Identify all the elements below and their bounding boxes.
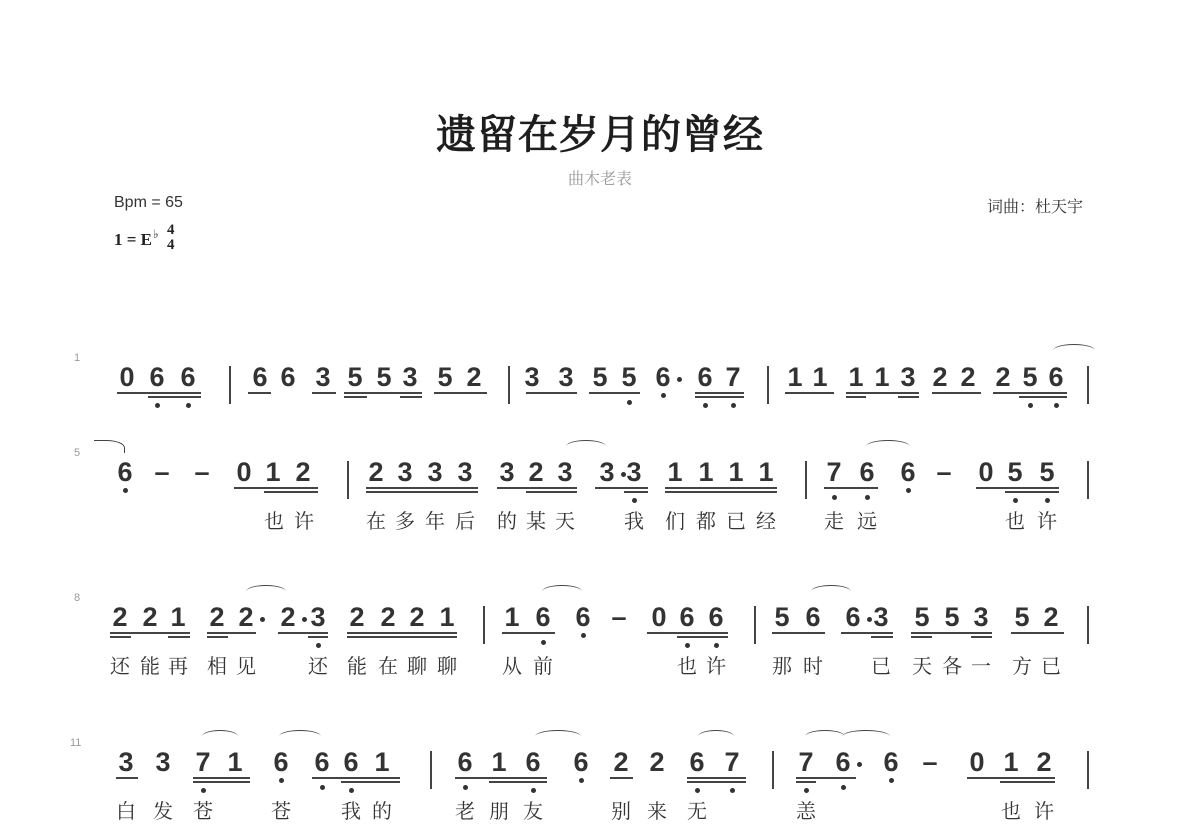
lyric-char: 能 (137, 650, 163, 679)
beam-underline (677, 636, 728, 638)
note: 6 (695, 362, 715, 392)
lyric-char: 已 (1038, 650, 1064, 679)
lyric-char: 从 (499, 650, 525, 679)
low-octave-dot (731, 403, 736, 408)
slur-tie (279, 730, 321, 743)
beam-underline (347, 632, 457, 634)
note: 6 (341, 747, 361, 777)
barline (1087, 751, 1089, 789)
lyric-char: 别 (608, 795, 634, 824)
note: 1 (263, 457, 283, 487)
lyric-char: 年 (422, 505, 448, 534)
note: 3 (400, 362, 420, 392)
low-octave-dot (1013, 498, 1018, 503)
beam-underline (366, 487, 478, 489)
note: 2 (110, 602, 130, 632)
beam-underline (366, 491, 478, 493)
note: 5 (942, 602, 962, 632)
note: 0 (976, 457, 996, 487)
lyric-char: 发 (150, 795, 176, 824)
lyric-char: 苍 (190, 795, 216, 824)
lyric-char: 聊 (404, 650, 430, 679)
augmentation-dot (857, 762, 862, 767)
beam-underline (932, 392, 981, 394)
beam-underline (234, 487, 318, 489)
slur-tie (811, 585, 851, 598)
beam-underline (434, 392, 487, 394)
low-octave-dot (841, 785, 846, 790)
slur-tie (842, 730, 890, 743)
note: 5 (772, 602, 792, 632)
low-octave-dot (906, 488, 911, 493)
note: 2 (207, 602, 227, 632)
note: 6 (250, 362, 270, 392)
lyric-char: 们 (662, 505, 688, 534)
low-octave-dot (186, 403, 191, 408)
beam-underline (497, 487, 577, 489)
beam-underline (455, 777, 547, 779)
note: 6 (803, 602, 823, 632)
lyric-char: 远 (854, 505, 880, 534)
lyric-char: 各 (939, 650, 965, 679)
beam-underline (312, 777, 400, 779)
beam-underline (647, 632, 728, 634)
beam-underline (976, 487, 1059, 489)
note: – (934, 457, 954, 487)
lyric-char: 许 (703, 650, 729, 679)
low-octave-dot (685, 643, 690, 648)
note: 6 (571, 747, 591, 777)
note: 1 (726, 457, 746, 487)
beam-underline (911, 632, 992, 634)
note: 1 (785, 362, 805, 392)
beam-underline (687, 781, 746, 783)
note: 1 (696, 457, 716, 487)
beam-underline (116, 777, 138, 779)
slur-tie (1053, 344, 1095, 357)
beam-underline (911, 636, 932, 638)
beam-underline (341, 781, 400, 783)
lyric-char: 都 (693, 505, 719, 534)
note: 3 (556, 362, 576, 392)
slur-tie (805, 730, 845, 743)
low-octave-dot (703, 403, 708, 408)
beam-underline (344, 392, 422, 394)
note: 3 (395, 457, 415, 487)
lyric-char: 许 (1034, 505, 1060, 534)
beam-underline (665, 487, 777, 489)
beam-underline (610, 777, 633, 779)
note: – (609, 602, 629, 632)
measure-number: 8 (74, 592, 80, 604)
note: 6 (687, 747, 707, 777)
jianpu-score: 1066663553523355667111132225656––0122333… (0, 0, 1200, 832)
beam-underline (796, 781, 816, 783)
note: 6 (857, 457, 877, 487)
lyric-char: 那 (769, 650, 795, 679)
note: 2 (140, 602, 160, 632)
lyric-char: 在 (363, 505, 389, 534)
note: 5 (345, 362, 365, 392)
augmentation-dot (302, 617, 307, 622)
note: 6 (843, 602, 863, 632)
beam-underline (1000, 781, 1055, 783)
note: 2 (647, 747, 667, 777)
beam-underline (846, 392, 919, 394)
note: 2 (378, 602, 398, 632)
slur-tie (535, 730, 581, 743)
note: 6 (312, 747, 332, 777)
lyric-char: 老 (452, 795, 478, 824)
barline (805, 461, 807, 499)
lyric-char: 的 (369, 795, 395, 824)
lyric-char: 恙 (793, 795, 819, 824)
note: 5 (912, 602, 932, 632)
low-octave-dot (279, 778, 284, 783)
lyric-char: 在 (375, 650, 401, 679)
beam-underline (148, 396, 201, 398)
note: 0 (967, 747, 987, 777)
beam-underline (278, 632, 328, 634)
beam-underline (526, 491, 577, 493)
note: 7 (722, 747, 742, 777)
barline (1087, 606, 1089, 644)
low-octave-dot (581, 633, 586, 638)
lyric-char: 聊 (434, 650, 460, 679)
note: 2 (526, 457, 546, 487)
barline (229, 366, 231, 404)
beam-underline (772, 632, 825, 634)
barline (772, 751, 774, 789)
beam-underline (344, 396, 367, 398)
low-octave-dot (1028, 403, 1033, 408)
note: 1 (1001, 747, 1021, 777)
beam-underline (665, 491, 777, 493)
note: 7 (193, 747, 213, 777)
note: 6 (706, 602, 726, 632)
barline (430, 751, 432, 789)
beam-underline (400, 396, 422, 398)
note: 3 (313, 362, 333, 392)
beam-underline (264, 491, 318, 493)
low-octave-dot (730, 788, 735, 793)
lyric-char: 走 (821, 505, 847, 534)
measure-number: 5 (74, 447, 80, 459)
lyric-char: 无 (684, 795, 710, 824)
note: 3 (971, 602, 991, 632)
low-octave-dot (695, 788, 700, 793)
note: 6 (653, 362, 673, 392)
lyric-char: 再 (165, 650, 191, 679)
note: 0 (649, 602, 669, 632)
note: 5 (619, 362, 639, 392)
beam-underline (589, 392, 640, 394)
note: 3 (497, 457, 517, 487)
note: – (152, 457, 172, 487)
lyric-char: 已 (868, 650, 894, 679)
note: 1 (756, 457, 776, 487)
note: 6 (178, 362, 198, 392)
low-octave-dot (627, 400, 632, 405)
lyric-char: 也 (261, 505, 287, 534)
beam-underline (248, 392, 271, 394)
note: 5 (590, 362, 610, 392)
low-octave-dot (463, 785, 468, 790)
note: 7 (796, 747, 816, 777)
lyric-char: 我 (338, 795, 364, 824)
note: 6 (1046, 362, 1066, 392)
note: 6 (278, 362, 298, 392)
low-octave-dot (320, 785, 325, 790)
note: 6 (147, 362, 167, 392)
beam-underline (193, 777, 250, 779)
note: 2 (366, 457, 386, 487)
lyric-char: 许 (291, 505, 317, 534)
barline (754, 606, 756, 644)
beam-underline (796, 777, 856, 779)
lyric-char: 友 (520, 795, 546, 824)
note: 5 (374, 362, 394, 392)
low-octave-dot (889, 778, 894, 783)
beam-underline (898, 396, 919, 398)
lyric-char: 许 (1031, 795, 1057, 824)
beam-underline (193, 781, 250, 783)
low-octave-dot (541, 640, 546, 645)
lyric-char: 也 (674, 650, 700, 679)
note: 6 (455, 747, 475, 777)
note: 2 (464, 362, 484, 392)
beam-underline (207, 632, 256, 634)
low-octave-dot (865, 495, 870, 500)
slur-tie (866, 440, 910, 453)
slur-tie (566, 440, 606, 453)
note: 6 (115, 457, 135, 487)
beam-underline (846, 396, 866, 398)
slur-tie (94, 440, 125, 453)
note: 6 (573, 602, 593, 632)
note: 2 (293, 457, 313, 487)
low-octave-dot (155, 403, 160, 408)
note: 2 (407, 602, 427, 632)
note: 0 (117, 362, 137, 392)
note: 2 (1041, 602, 1061, 632)
note: – (920, 747, 940, 777)
lyric-char: 天 (909, 650, 935, 679)
beam-underline (785, 392, 834, 394)
note: 5 (1037, 457, 1057, 487)
note: 6 (271, 747, 291, 777)
note: 6 (898, 457, 918, 487)
note: 3 (116, 747, 136, 777)
beam-underline (502, 632, 555, 634)
low-octave-dot (579, 778, 584, 783)
beam-underline (695, 396, 744, 398)
beam-underline (526, 392, 577, 394)
beam-underline (110, 636, 131, 638)
note: 1 (872, 362, 892, 392)
beam-underline (695, 392, 744, 394)
lyric-char: 见 (233, 650, 259, 679)
note: 6 (523, 747, 543, 777)
note: 2 (930, 362, 950, 392)
beam-underline (971, 636, 992, 638)
low-octave-dot (349, 788, 354, 793)
beam-underline (967, 777, 1055, 779)
lyric-char: 经 (753, 505, 779, 534)
lyric-char: 已 (723, 505, 749, 534)
note: 7 (824, 457, 844, 487)
beam-underline (312, 392, 336, 394)
lyric-char: 天 (552, 505, 578, 534)
barline (347, 461, 349, 499)
note: 1 (810, 362, 830, 392)
lyric-char: 一 (968, 650, 994, 679)
lyric-char: 某 (523, 505, 549, 534)
note: 6 (833, 747, 853, 777)
note: 2 (958, 362, 978, 392)
lyric-char: 还 (107, 650, 133, 679)
note: 7 (723, 362, 743, 392)
beam-underline (1005, 491, 1059, 493)
lyric-char: 我 (621, 505, 647, 534)
lyric-char: 后 (452, 505, 478, 534)
note: 5 (1012, 602, 1032, 632)
note: 3 (455, 457, 475, 487)
barline (483, 606, 485, 644)
low-octave-dot (531, 788, 536, 793)
augmentation-dot (260, 617, 265, 622)
note: 6 (677, 602, 697, 632)
beam-underline (168, 636, 190, 638)
measure-number: 11 (70, 737, 81, 749)
barline (1087, 461, 1089, 499)
low-octave-dot (316, 643, 321, 648)
beam-underline (308, 636, 328, 638)
beam-underline (824, 487, 878, 489)
slur-tie (542, 585, 582, 598)
note: 1 (846, 362, 866, 392)
lyric-char: 白 (113, 795, 139, 824)
lyric-char: 方 (1009, 650, 1035, 679)
lyric-char: 苍 (268, 795, 294, 824)
note: 1 (437, 602, 457, 632)
slur-tie (246, 585, 286, 598)
note: 1 (372, 747, 392, 777)
note: 2 (347, 602, 367, 632)
beam-underline (624, 491, 648, 493)
lyric-char: 也 (1002, 505, 1028, 534)
beam-underline (595, 487, 648, 489)
note: 3 (425, 457, 445, 487)
note: 3 (871, 602, 891, 632)
note: 3 (522, 362, 542, 392)
note: 1 (502, 602, 522, 632)
lyric-char: 的 (494, 505, 520, 534)
note: – (192, 457, 212, 487)
note: 1 (665, 457, 685, 487)
lyric-char: 来 (644, 795, 670, 824)
barline (1087, 366, 1089, 404)
beam-underline (117, 392, 201, 394)
note: 5 (1005, 457, 1025, 487)
note: 3 (153, 747, 173, 777)
measure-number: 1 (74, 352, 80, 364)
beam-underline (1019, 396, 1067, 398)
lyric-char: 也 (998, 795, 1024, 824)
slur-tie (698, 730, 734, 743)
beam-underline (993, 392, 1067, 394)
beam-underline (1011, 632, 1064, 634)
low-octave-dot (123, 488, 128, 493)
lyric-char: 时 (800, 650, 826, 679)
note: 3 (555, 457, 575, 487)
low-octave-dot (632, 498, 637, 503)
low-octave-dot (832, 495, 837, 500)
note: 3 (308, 602, 328, 632)
low-octave-dot (1054, 403, 1059, 408)
note: 3 (597, 457, 617, 487)
beam-underline (871, 636, 893, 638)
note: 2 (993, 362, 1013, 392)
note: 3 (624, 457, 644, 487)
slur-tie (202, 730, 238, 743)
lyric-char: 多 (392, 505, 418, 534)
note: 2 (611, 747, 631, 777)
note: 6 (533, 602, 553, 632)
note: 2 (1034, 747, 1054, 777)
note: 5 (1020, 362, 1040, 392)
note: 2 (236, 602, 256, 632)
beam-underline (489, 781, 547, 783)
lyric-char: 还 (305, 650, 331, 679)
low-octave-dot (661, 393, 666, 398)
lyric-char: 前 (530, 650, 556, 679)
low-octave-dot (714, 643, 719, 648)
beam-underline (207, 636, 228, 638)
note: 1 (168, 602, 188, 632)
beam-underline (110, 632, 190, 634)
low-octave-dot (804, 788, 809, 793)
beam-underline (687, 777, 746, 779)
barline (508, 366, 510, 404)
note: 6 (881, 747, 901, 777)
note: 5 (435, 362, 455, 392)
barline (767, 366, 769, 404)
augmentation-dot (677, 377, 682, 382)
note: 0 (234, 457, 254, 487)
beam-underline (347, 636, 457, 638)
note: 3 (898, 362, 918, 392)
lyric-char: 朋 (486, 795, 512, 824)
beam-underline (841, 632, 893, 634)
note: 1 (225, 747, 245, 777)
low-octave-dot (201, 788, 206, 793)
lyric-char: 相 (204, 650, 230, 679)
note: 2 (278, 602, 298, 632)
lyric-char: 能 (344, 650, 370, 679)
low-octave-dot (1045, 498, 1050, 503)
note: 1 (489, 747, 509, 777)
